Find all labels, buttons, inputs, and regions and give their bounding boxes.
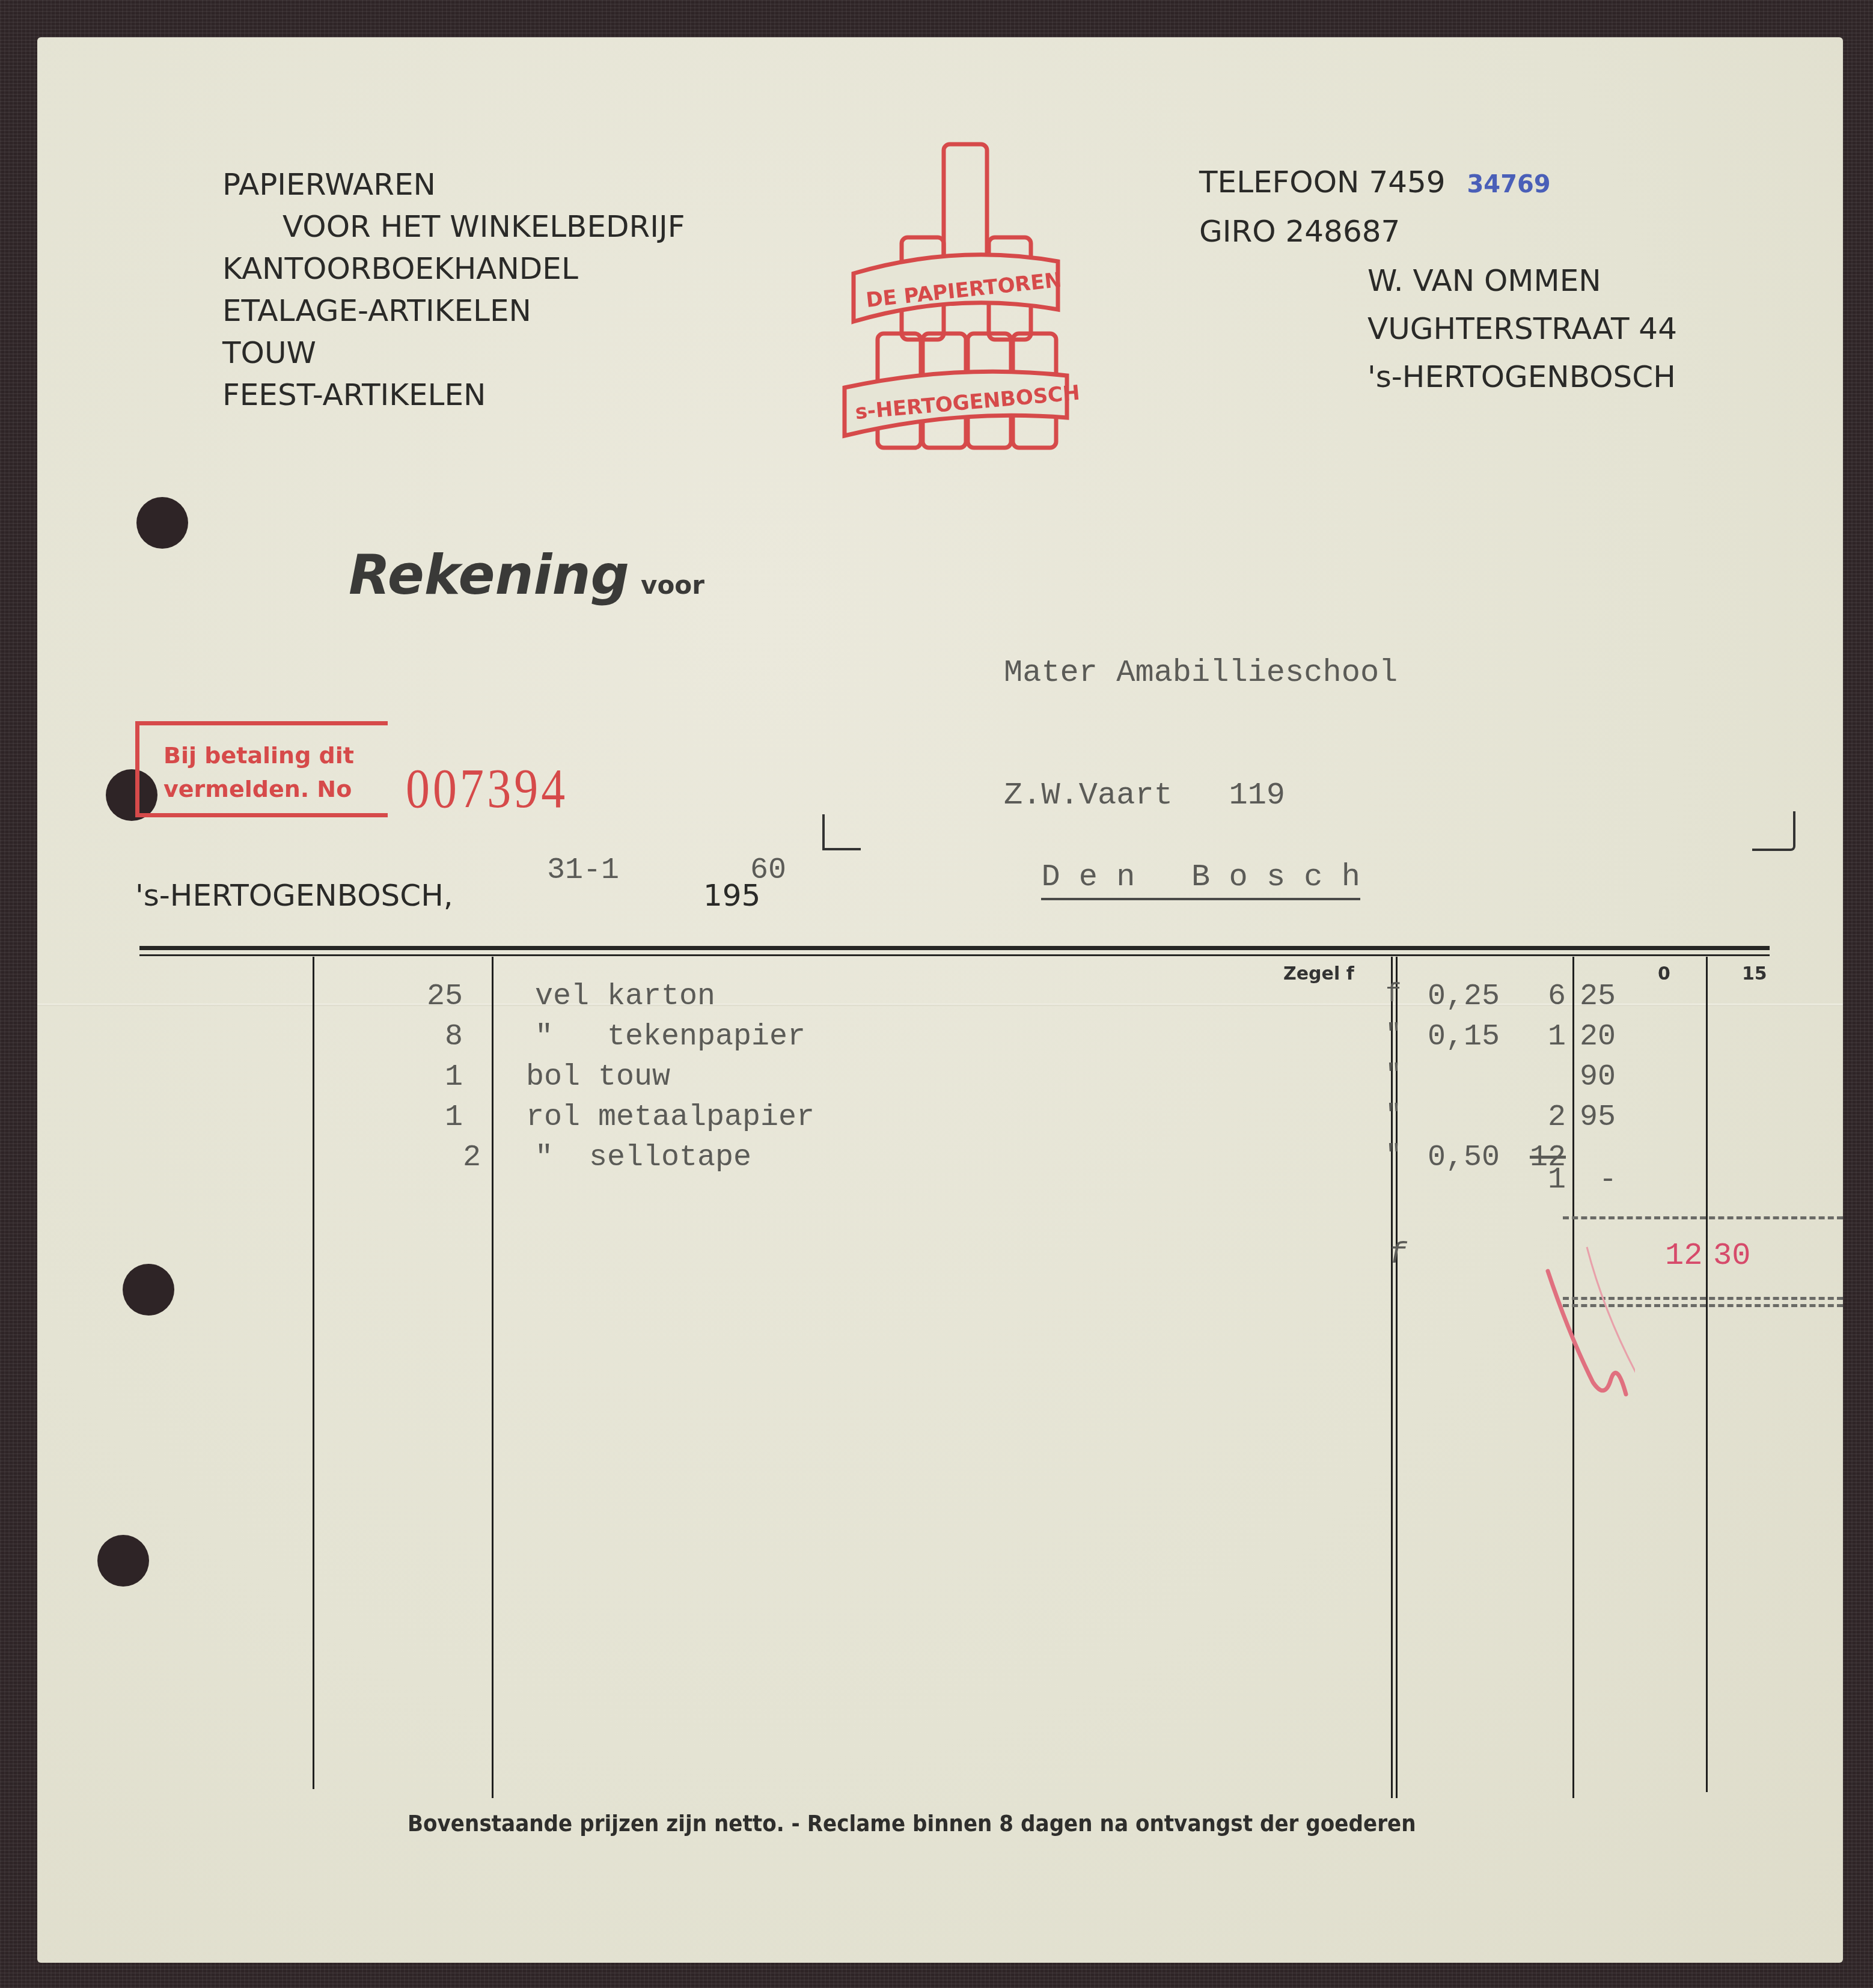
zegel-header: Zegel f	[1283, 963, 1354, 984]
row-unit-mark: f	[1386, 980, 1401, 1010]
row-qty: 1	[415, 1060, 463, 1094]
row-unit-mark: "	[1386, 1141, 1401, 1171]
row-guilders: 1	[1503, 1020, 1566, 1054]
recipient-address: Mater Amabillieschool Z.W.Vaart 119 D e …	[1004, 571, 1398, 900]
column-divider	[492, 957, 493, 1798]
row-qty: 1	[415, 1100, 463, 1135]
punch-hole	[136, 497, 188, 549]
letterhead-services: PAPIERWAREN VOOR HET WINKELBEDRIJF KANTO…	[222, 163, 685, 416]
row-unit-price: 0,15	[1428, 1020, 1500, 1054]
telefoon-stamp: 34769	[1467, 171, 1551, 198]
row-description: bol touw	[526, 1060, 670, 1094]
table-top-rule	[139, 946, 1770, 950]
row-cents: 20	[1580, 1020, 1616, 1054]
pencil-checkmark-icon	[1443, 1244, 1635, 1424]
recipient-city: D e n B o s c h	[1041, 857, 1360, 900]
punch-hole	[97, 1535, 149, 1587]
footer-terms: Bovenstaande prijzen zijn netto. - Recla…	[408, 1810, 1416, 1837]
invoice-title: Rekening	[349, 544, 629, 607]
cents-header-left: 0	[1658, 963, 1670, 984]
row-qty: 8	[415, 1020, 463, 1054]
row-cents: -	[1599, 1163, 1617, 1197]
recipient-street: Z.W.Vaart 119	[1004, 775, 1398, 816]
row-unit-mark: "	[1386, 1100, 1401, 1130]
total-guilders: 12	[1665, 1238, 1702, 1273]
service-line: PAPIERWAREN	[222, 163, 685, 206]
date-year-suffix: 60	[750, 853, 786, 888]
window-corner-mark	[1752, 811, 1795, 851]
subtotal-rule	[1563, 1216, 1843, 1219]
row-guilders: 1	[1503, 1163, 1566, 1197]
invoice-number: 007394	[406, 756, 568, 821]
invoice-heading: Rekening voor	[349, 544, 704, 607]
table-top-rule	[139, 954, 1770, 956]
column-divider	[1706, 957, 1708, 1792]
row-unit-price: 0,25	[1428, 980, 1500, 1014]
window-corner-mark	[822, 814, 861, 850]
row-description: " sellotape	[535, 1141, 751, 1175]
row-cents: 90	[1580, 1060, 1616, 1094]
row-cents: 25	[1580, 980, 1616, 1014]
row-description: " tekenpapier	[535, 1020, 805, 1054]
company-name: W. VAN OMMEN	[1367, 260, 1601, 302]
column-divider	[313, 957, 314, 1789]
service-line: TOUW	[222, 332, 685, 374]
row-description: rol metaalpapier	[526, 1100, 814, 1135]
telefoon-number: 7459	[1369, 165, 1445, 200]
total-mark: f	[1389, 1238, 1407, 1272]
payment-reference-box: Bij betaling dit vermelden. No	[135, 721, 388, 817]
row-description: vel karton	[535, 980, 715, 1014]
row-guilders: 6	[1503, 980, 1566, 1014]
service-line: FEEST-ARTIKELEN	[222, 374, 685, 416]
recipient-name: Mater Amabillieschool	[1004, 653, 1398, 694]
giro-number: GIRO 248687	[1199, 210, 1400, 252]
date-place: 's-HERTOGENBOSCH,	[135, 874, 453, 916]
company-city: 's-HERTOGENBOSCH	[1367, 356, 1676, 398]
paper-tower-icon	[842, 135, 1070, 496]
telefoon-line: TELEFOON 7459 34769	[1199, 161, 1551, 206]
service-line: KANTOORBOEKHANDEL	[222, 248, 685, 290]
row-unit-price: 0,50	[1428, 1141, 1500, 1175]
papiertoren-logo: DE PAPIERTOREN s-HERTOGENBOSCH	[842, 135, 1070, 496]
total-cents: 30	[1713, 1238, 1750, 1273]
row-guilders: 2	[1503, 1100, 1566, 1135]
cents-header-right: 15	[1742, 963, 1767, 984]
punch-hole	[123, 1264, 174, 1316]
telefoon-label: TELEFOON	[1199, 165, 1359, 200]
row-unit-mark: "	[1386, 1060, 1401, 1090]
row-unit-mark: "	[1386, 1020, 1401, 1050]
service-line: VOOR HET WINKELBEDRIJF	[222, 206, 685, 248]
row-qty: 25	[415, 980, 463, 1014]
payment-box-line1: Bij betaling dit	[163, 742, 354, 769]
invoice-title-suffix: voor	[641, 570, 704, 600]
row-cents: 95	[1580, 1100, 1616, 1135]
row-qty: 2	[433, 1141, 481, 1175]
date-day-month: 31-1	[547, 853, 619, 888]
service-line: ETALAGE-ARTIKELEN	[222, 290, 685, 332]
payment-box-line2: vermelden. No	[163, 776, 352, 802]
company-street: VUGHTERSTRAAT 44	[1367, 308, 1677, 350]
